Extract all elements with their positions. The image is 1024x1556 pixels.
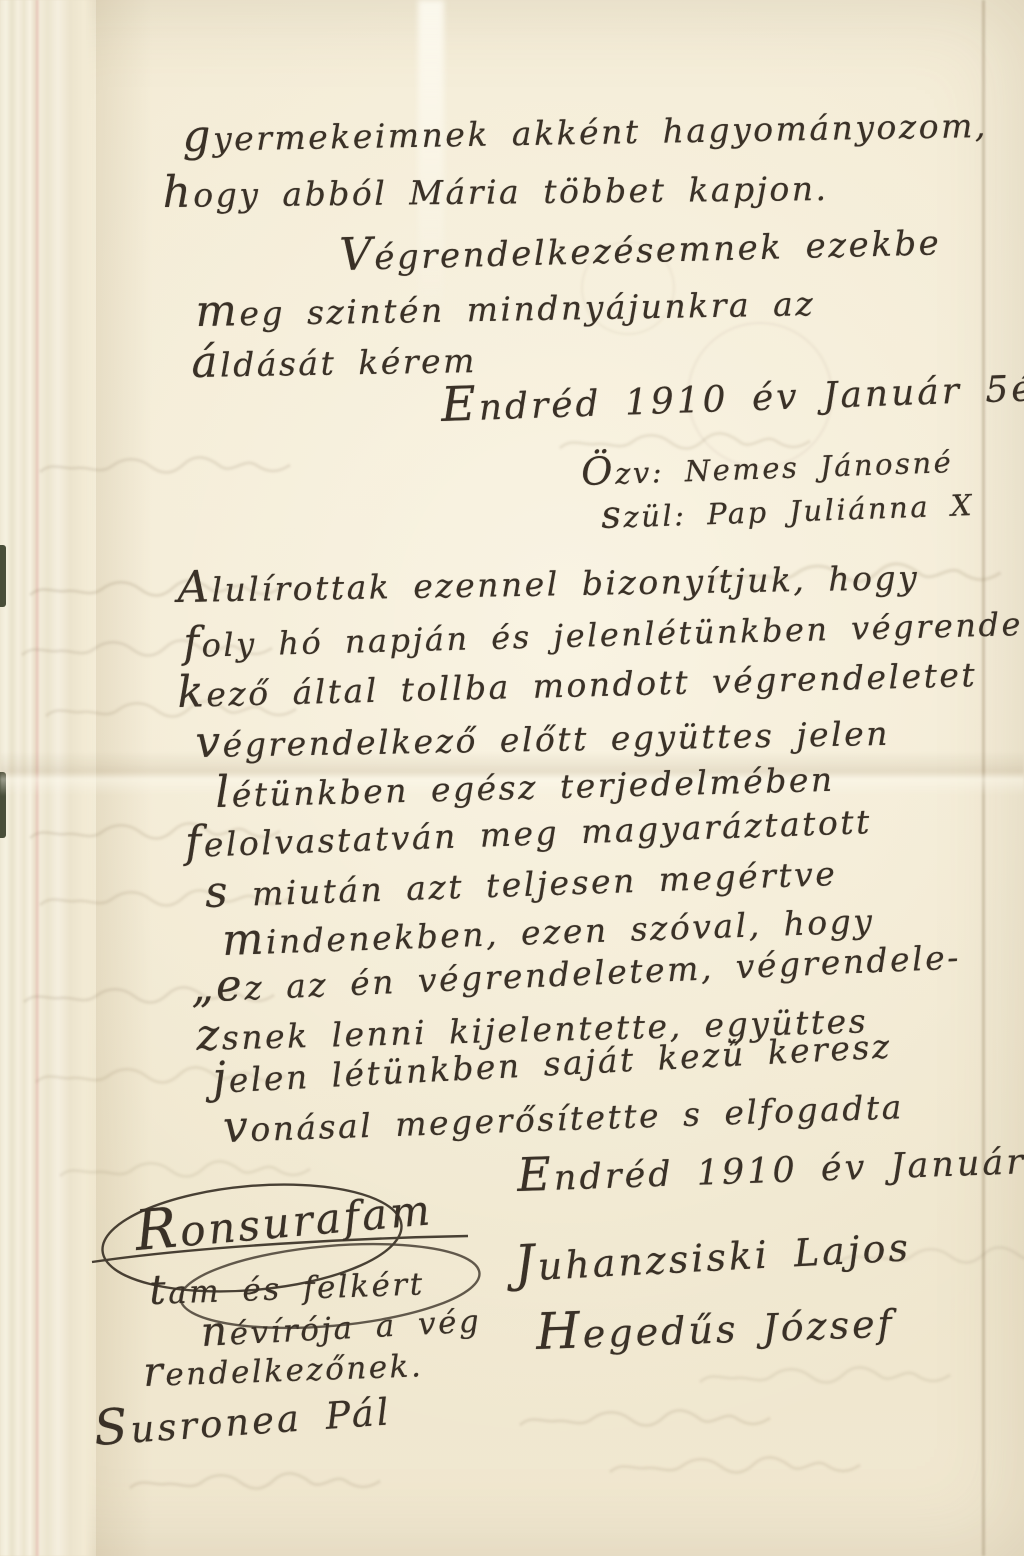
scanned-document-page: gyermekeimnek akként hagyományozom, hogy… — [0, 0, 1024, 1556]
witness-signature: Hegedűs József — [535, 1290, 895, 1361]
handwritten-line: hogy abból Mária többet kapjon. — [162, 161, 828, 218]
handwritten-line: áldását kérem — [191, 333, 477, 388]
